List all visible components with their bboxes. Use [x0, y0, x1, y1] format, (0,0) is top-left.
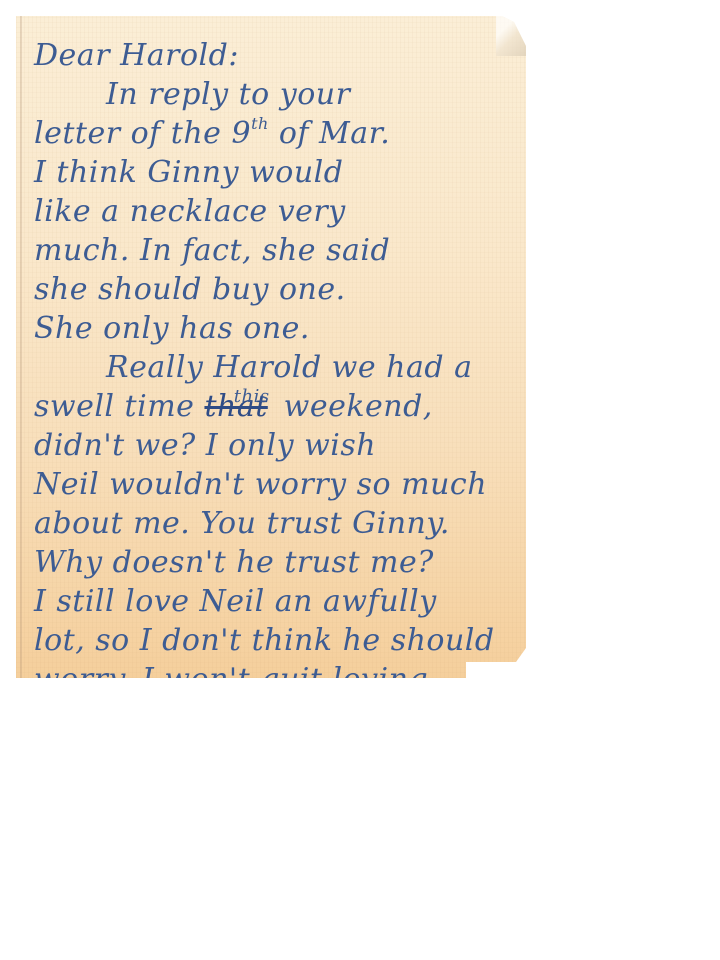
letter-line: She only has one. — [34, 309, 524, 348]
letter-line: worry. I won't quit loving — [34, 660, 524, 699]
paper-edge — [20, 16, 22, 678]
letter-line: Neil wouldn't worry so much — [34, 465, 524, 504]
inserted-word: this — [234, 386, 270, 407]
letter-page: Dear Harold: In reply to your letter of … — [16, 16, 526, 678]
letter-line: letter of the 9th of Mar. — [34, 114, 524, 153]
letter-line: him. Not for a long time. — [34, 699, 524, 738]
letter-body: Dear Harold: In reply to your letter of … — [34, 36, 524, 738]
letter-line: In reply to your — [34, 75, 524, 114]
salutation: Dear Harold: — [34, 36, 524, 75]
letter-text: swell time — [34, 389, 194, 424]
letter-line: she should buy one. — [34, 270, 524, 309]
letter-line: lot, so I don't think he should — [34, 621, 524, 660]
letter-line: Why doesn't he trust me? — [34, 543, 524, 582]
letter-line: didn't we? I only wish — [34, 426, 524, 465]
letter-line: about me. You trust Ginny. — [34, 504, 524, 543]
letter-line: like a necklace very — [34, 192, 524, 231]
letter-text: letter of the — [34, 116, 221, 151]
letter-line: much. In fact, she said — [34, 231, 524, 270]
day-number: 9 — [231, 116, 251, 151]
letter-text: weekend, — [284, 389, 433, 424]
letter-text: of Mar. — [279, 116, 390, 151]
letter-line: I still love Neil an awfully — [34, 582, 524, 621]
ordinal-suffix: th — [251, 114, 269, 133]
letter-line: Really Harold we had a — [34, 348, 524, 387]
letter-line: I think Ginny would — [34, 153, 524, 192]
letter-line: swell time thatthis weekend, — [34, 387, 524, 426]
